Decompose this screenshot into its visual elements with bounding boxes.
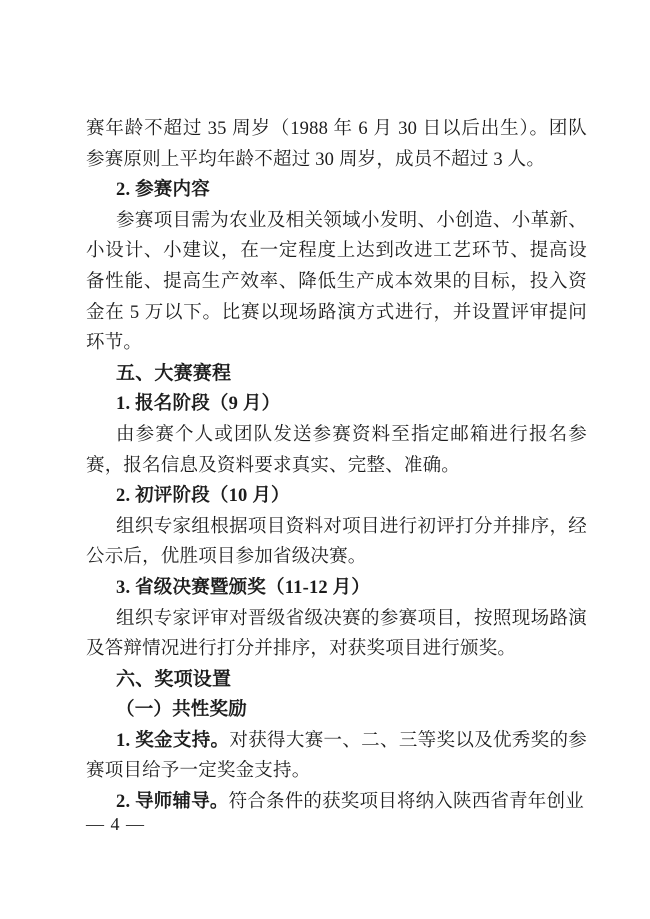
section-heading: 六、奖项设置 — [86, 665, 587, 696]
sub-heading: 2. 参赛内容 — [86, 175, 587, 206]
paragraph: 2. 导师辅导。符合条件的获奖项目将纳入陕西省青年创业 — [86, 787, 587, 818]
section-heading: 五、大赛赛程 — [86, 359, 587, 390]
bold-lead: 2. 导师辅导。 — [116, 792, 229, 812]
sub-heading: （一）共性奖励 — [86, 695, 587, 726]
document-body: 赛年龄不超过 35 周岁（1988 年 6 月 30 日以后出生）。团队参赛原则… — [86, 114, 587, 818]
bold-lead: 1. 奖金支持。 — [116, 731, 229, 751]
paragraph: 赛年龄不超过 35 周岁（1988 年 6 月 30 日以后出生）。团队参赛原则… — [86, 114, 587, 175]
paragraph: 组织专家评审对晋级省级决赛的参赛项目，按照现场路演及答辩情况进行打分并排序，对获… — [86, 604, 587, 665]
document-page: 赛年龄不超过 35 周岁（1988 年 6 月 30 日以后出生）。团队参赛原则… — [0, 0, 650, 919]
stage-heading: 3. 省级决赛暨颁奖（11-12 月） — [86, 573, 587, 604]
paragraph: 1. 奖金支持。对获得大赛一、二、三等奖以及优秀奖的参赛项目给予一定奖金支持。 — [86, 726, 587, 787]
paragraph: 由参赛个人或团队发送参赛资料至指定邮箱进行报名参赛，报名信息及资料要求真实、完整… — [86, 420, 587, 481]
stage-heading: 1. 报名阶段（9 月） — [86, 389, 587, 420]
paragraph: 组织专家组根据项目资料对项目进行初评打分并排序，经公示后，优胜项目参加省级决赛。 — [86, 512, 587, 573]
paragraph: 参赛项目需为农业及相关领域小发明、小创造、小革新、小设计、小建议，在一定程度上达… — [86, 206, 587, 359]
stage-heading: 2. 初评阶段（10 月） — [86, 481, 587, 512]
paragraph-text: 符合条件的获奖项目将纳入陕西省青年创业 — [229, 792, 584, 812]
page-number: — 4 — — [86, 812, 145, 836]
